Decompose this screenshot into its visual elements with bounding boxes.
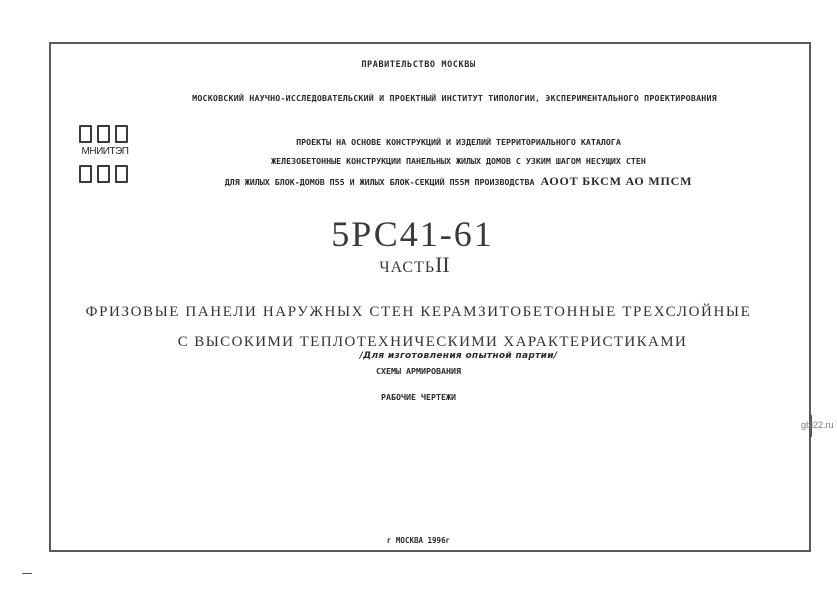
subtitle: СХЕМЫ АРМИРОВАНИЯ [0,366,837,376]
government-header: ПРАВИТЕЛЬСТВО МОСКВЫ [0,60,837,70]
watermark: gbi22.ru [801,420,834,430]
project-line-3: ДЛЯ ЖИЛЫХ БЛОК-ДОМОВ П55 И ЖИЛЫХ БЛОК-СЕ… [40,174,837,189]
part-word: ЧАСТЬ [379,259,435,276]
margin-dash [22,573,32,574]
title-line-1: ФРИЗОВЫЕ ПАНЕЛИ НАРУЖНЫХ СТЕН КЕРАМЗИТОБ… [0,304,837,321]
city-year: г МОСКВА 1996г [0,536,837,545]
project-line-1: ПРОЕКТЫ НА ОСНОВЕ КОНСТРУКЦИЙ И ИЗДЕЛИЙ … [40,137,837,147]
handwritten-note: /Для изготовления опытной партии/ [40,351,837,361]
part-number: ЧАСТЬII [0,252,833,278]
project-line-2: ЖЕЛЕЗОБЕТОННЫЕ КОНСТРУКЦИИ ПАНЕЛЬНЫХ ЖИЛ… [40,156,837,166]
document-code: 5РС41-61 [0,213,831,255]
drawings-type: РАБОЧИЕ ЧЕРТЕЖИ [0,392,837,402]
project-line-3-text: ДЛЯ ЖИЛЫХ БЛОК-ДОМОВ П55 И ЖИЛЫХ БЛОК-СЕ… [225,177,535,187]
document-border-frame [49,42,811,552]
title-line-2: С ВЫСОКИМИ ТЕПЛОТЕХНИЧЕСКИМИ ХАРАКТЕРИСТ… [14,334,837,351]
part-roman: II [435,252,450,277]
institute-name: МОСКОВСКИЙ НАУЧНО-ИССЛЕДОВАТЕЛЬСКИЙ И ПР… [36,93,837,103]
producer-name: АООТ БКСМ АО МПСМ [540,174,692,188]
